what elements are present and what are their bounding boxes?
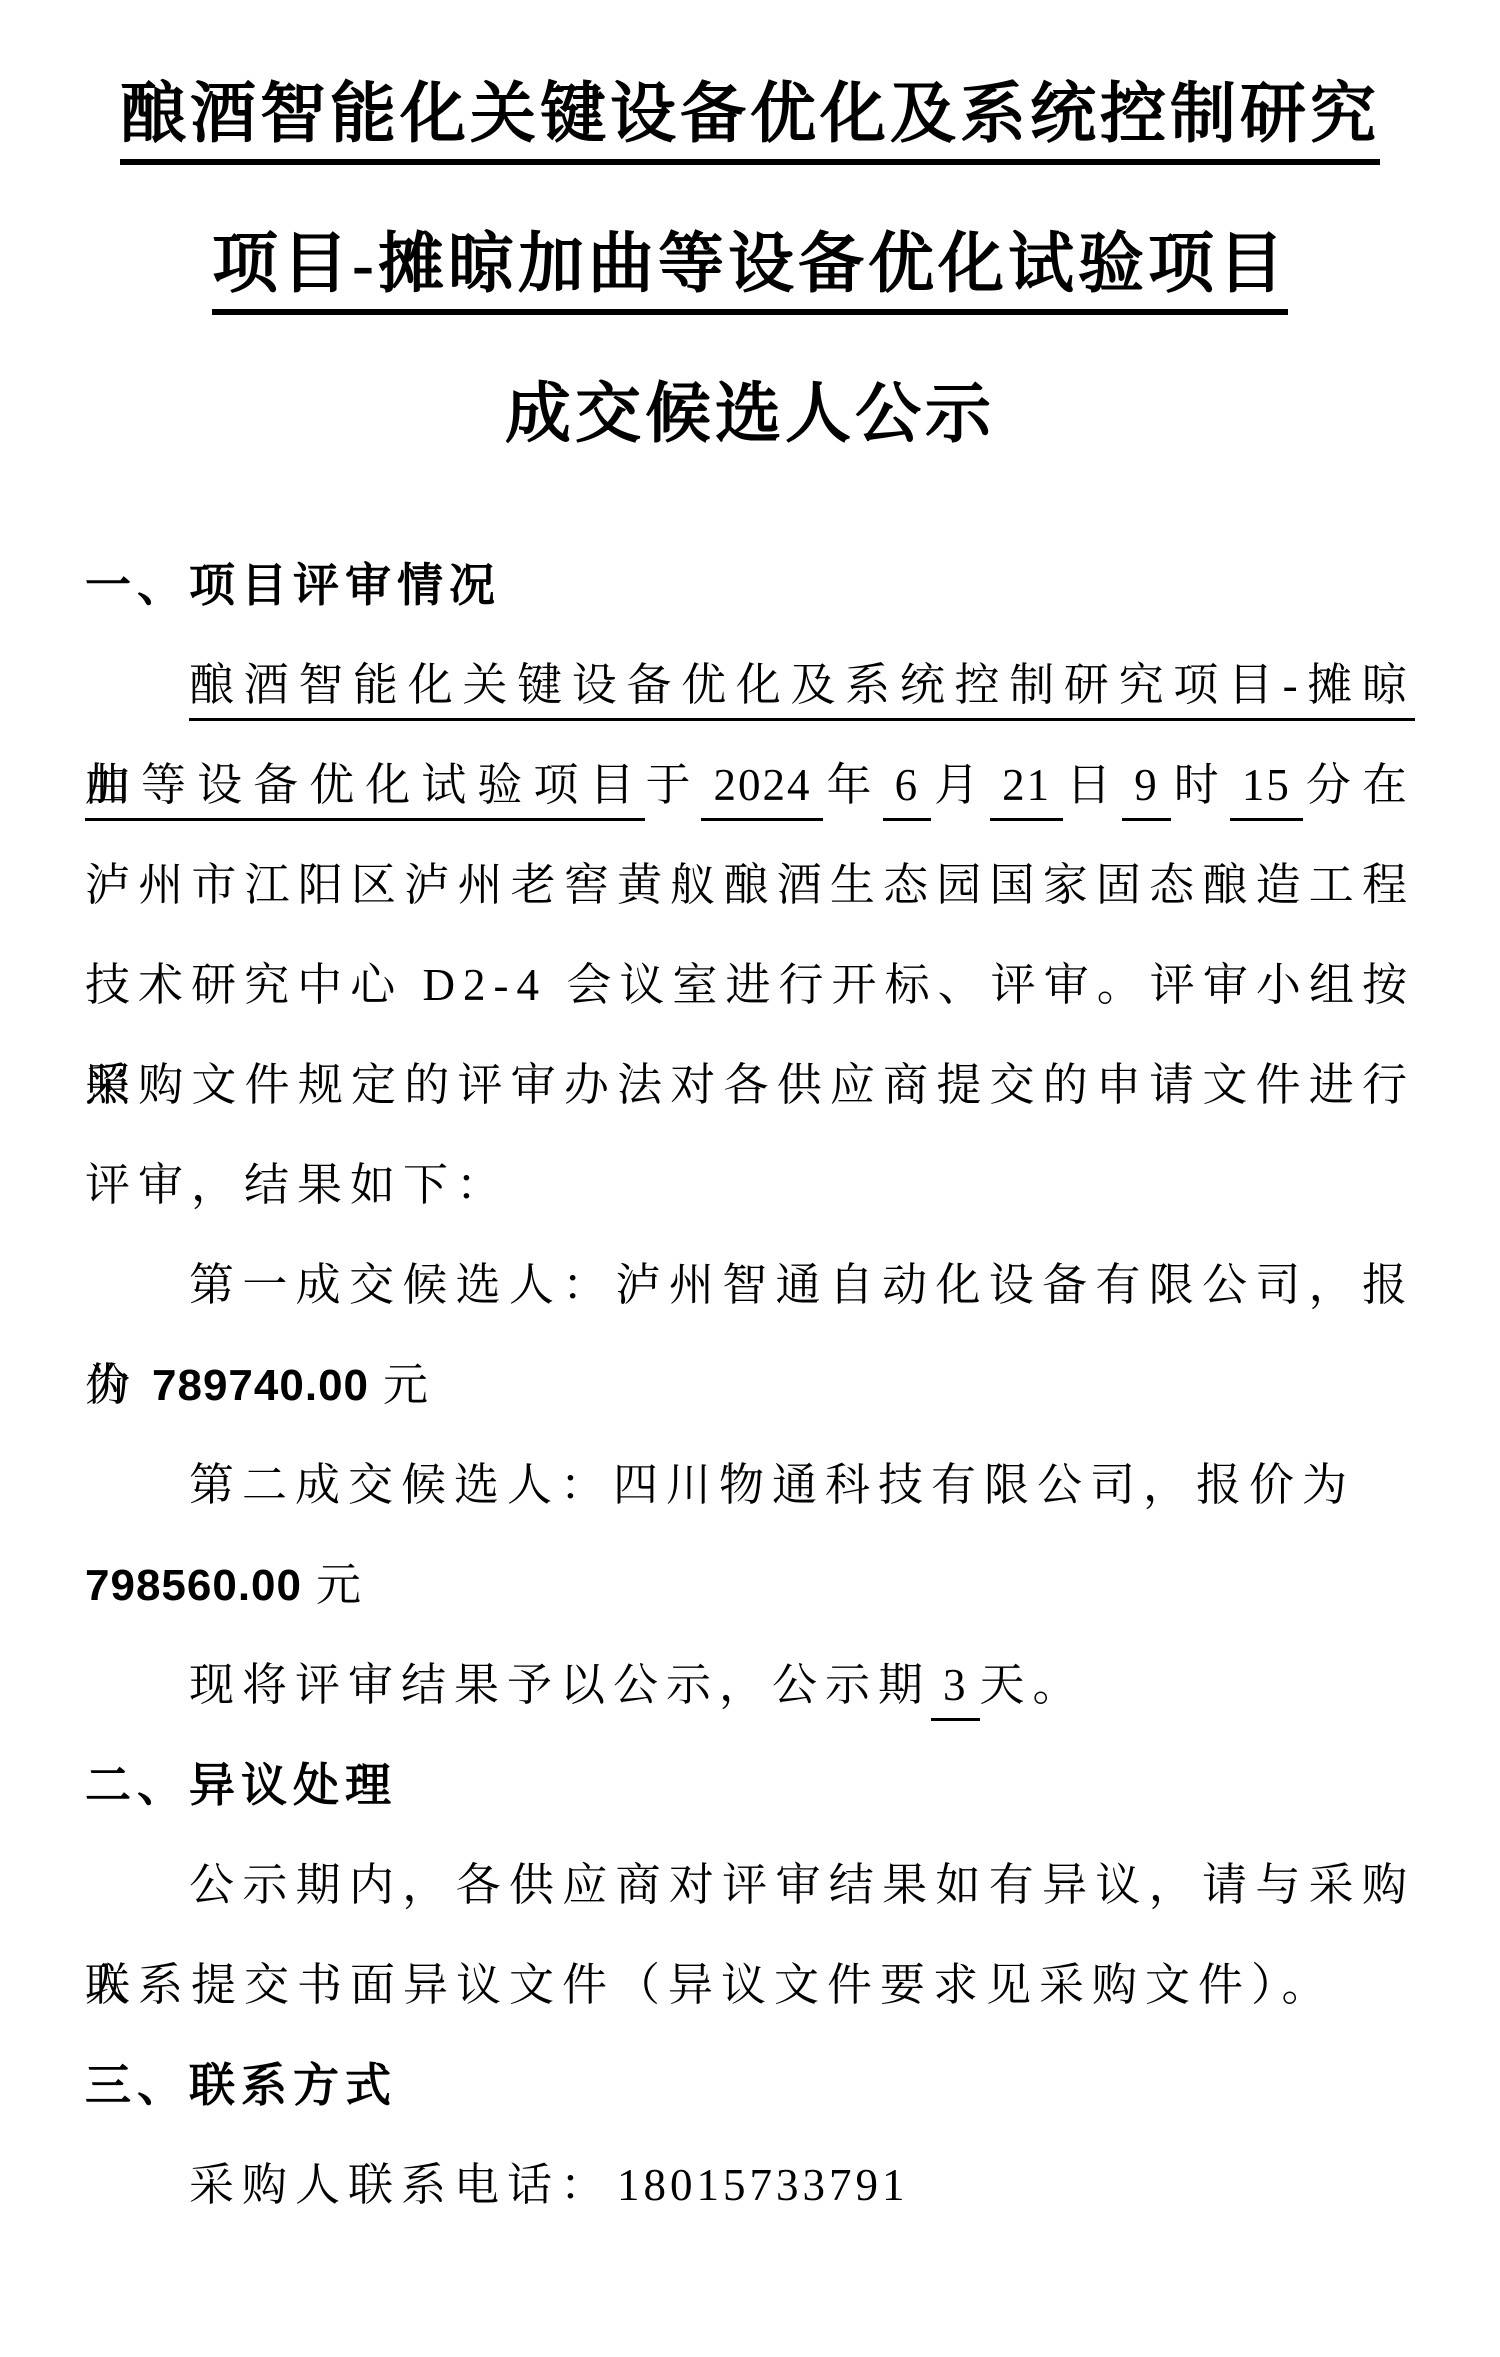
result-intro-text: 评审，结果如下： [85, 1160, 509, 1210]
bid-opening-hour: 9 [1122, 760, 1171, 821]
review-line-2: 曲等设备优化试验项目于2024年6月21日9时15分在 [85, 735, 1415, 835]
yuan-unit: 元 [316, 1560, 369, 1610]
candidate-1-price-line: 为789740.00元 [85, 1335, 1415, 1435]
candidate-2-price-line: 798560.00元 [85, 1535, 1415, 1635]
section-2-heading: 二、异议处理 [85, 1735, 1415, 1835]
objection-text-part-2: 联系提交书面异议文件（异议文件要求见采购文件）。 [85, 1960, 1335, 2010]
candidate-2-price: 798560.00 [85, 1561, 302, 1610]
announcement-document: 酿酒智能化关键设备优化及系统控制研究 项目-摊晾加曲等设备优化试验项目 成交候选… [0, 0, 1500, 2357]
contact-line: 采购人联系电话：18015733791 [85, 2135, 1415, 2235]
days-unit: 天。 [980, 1660, 1086, 1710]
review-line-1: 酿酒智能化关键设备优化及系统控制研究项目-摊晾加 [85, 635, 1415, 735]
minute-unit: 分在 [1303, 760, 1415, 810]
document-title-line-1: 酿酒智能化关键设备优化及系统控制研究 [85, 40, 1415, 190]
candidate-2-name-text: 第二成交候选人：四川物通科技有限公司，报价为 [189, 1460, 1355, 1510]
contact-label: 采购人联系电话： [189, 2160, 613, 2210]
review-line-4: 技术研究中心 D2-4 会议室进行开标、评审。评审小组按照 [85, 935, 1415, 1035]
yuan-unit: 元 [383, 1360, 436, 1410]
month-unit: 月 [931, 760, 990, 810]
section-3-heading: 三、联系方式 [85, 2035, 1415, 2135]
year-unit: 年 [823, 760, 882, 810]
bid-opening-year: 2024 [701, 760, 823, 821]
day-unit: 日 [1063, 760, 1122, 810]
review-line-6: 评审，结果如下： [85, 1135, 1415, 1235]
project-name-underlined-part-2: 曲等设备优化试验项目 [85, 760, 645, 821]
hour-unit: 时 [1171, 760, 1230, 810]
candidate-2-line: 第二成交候选人：四川物通科技有限公司，报价为 [85, 1435, 1415, 1535]
date-connector: 于 [645, 760, 701, 810]
objection-line-1: 公示期内，各供应商对评审结果如有异议，请与采购人 [85, 1835, 1415, 1935]
objection-line-2: 联系提交书面异议文件（异议文件要求见采购文件）。 [85, 1935, 1415, 2035]
publicity-period-line: 现将评审结果予以公示，公示期3天。 [85, 1635, 1415, 1735]
document-title-line-2: 项目-摊晾加曲等设备优化试验项目 [85, 190, 1415, 340]
contact-phone-number: 18015733791 [617, 2160, 909, 2210]
bid-opening-minute: 15 [1230, 760, 1303, 821]
review-line-5: 采购文件规定的评审办法对各供应商提交的申请文件进行 [85, 1035, 1415, 1135]
candidate-1-price: 789740.00 [152, 1361, 369, 1410]
document-title-line-3: 成交候选人公示 [85, 340, 1415, 490]
bid-opening-month: 6 [883, 760, 932, 821]
publicity-period-text: 现将评审结果予以公示，公示期 [189, 1660, 931, 1710]
venue-text-part-1: 泸州市江阳区泸州老窖黄舣酿酒生态园国家固态酿造工程 [85, 860, 1415, 910]
section-1-heading: 一、项目评审情况 [85, 535, 1415, 635]
review-method-text: 采购文件规定的评审办法对各供应商提交的申请文件进行 [85, 1060, 1415, 1110]
title-underlined-text-1: 酿酒智能化关键设备优化及系统控制研究 [120, 78, 1380, 165]
publicity-period-days: 3 [931, 1660, 980, 1721]
title-text-3: 成交候选人公示 [505, 378, 995, 451]
price-prefix: 为 [85, 1360, 138, 1410]
candidate-1-line: 第一成交候选人：泸州智通自动化设备有限公司，报价 [85, 1235, 1415, 1335]
title-underlined-text-2: 项目-摊晾加曲等设备优化试验项目 [212, 228, 1288, 315]
review-line-3: 泸州市江阳区泸州老窖黄舣酿酒生态园国家固态酿造工程 [85, 835, 1415, 935]
bid-opening-day: 21 [990, 760, 1063, 821]
